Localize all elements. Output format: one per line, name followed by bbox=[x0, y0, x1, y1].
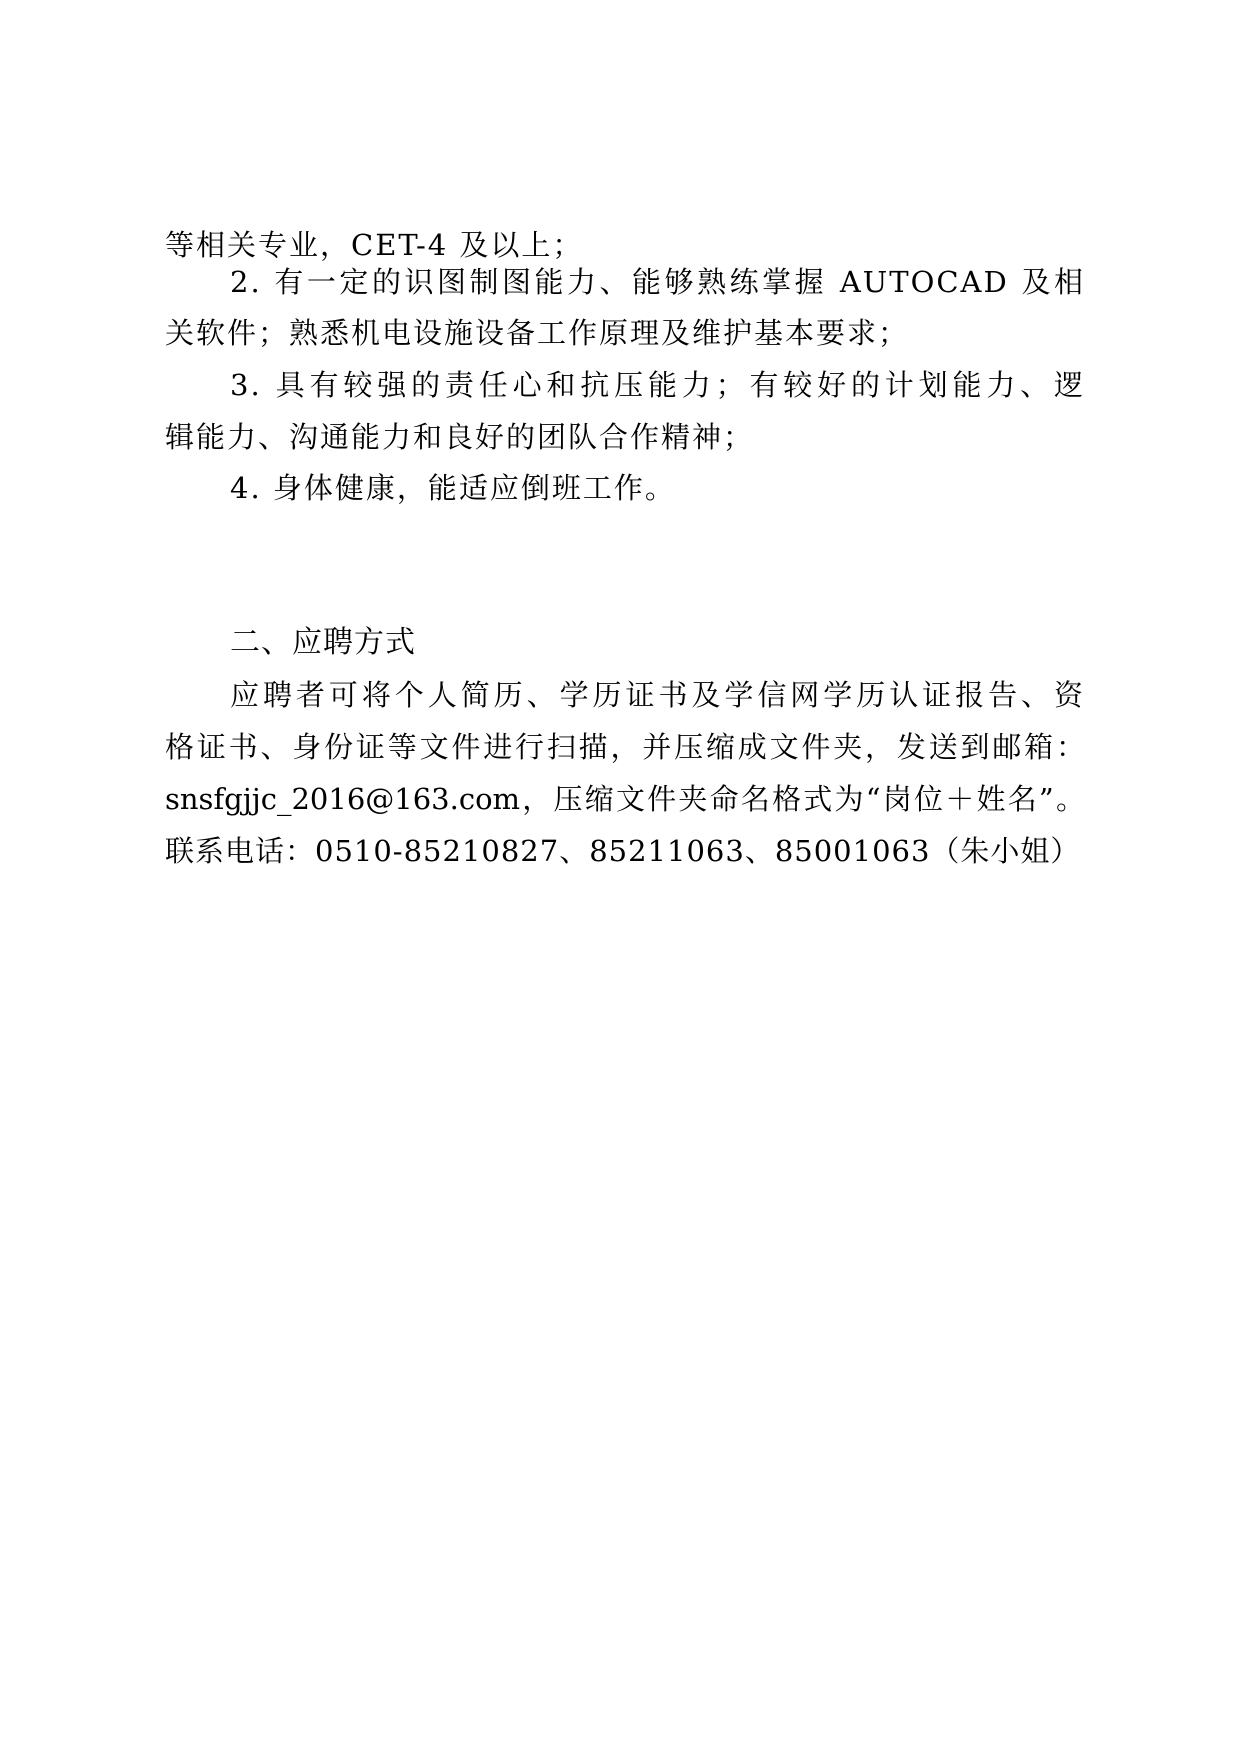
contact-phone-line: 联系电话：0510-85210827、85211063、85001063（朱小姐… bbox=[165, 831, 1085, 871]
requirement-item-2-line1: 2. 有一定的识图制图能力、能够熟练掌握 AUTOCAD 及相 bbox=[230, 262, 1085, 302]
document-page: 等相关专业，CET-4 及以上； 2. 有一定的识图制图能力、能够熟练掌握 AU… bbox=[0, 0, 1241, 1754]
application-email-line: snsfgjjc_2016@163.com，压缩文件夹命名格式为“岗位＋姓名”。 bbox=[165, 779, 1085, 819]
requirement-item-3-line1: 3. 具有较强的责任心和抗压能力；有较好的计划能力、逻 bbox=[230, 365, 1085, 405]
section-heading-application-method: 二、应聘方式 bbox=[230, 623, 1150, 663]
application-paragraph-line2: 格证书、身份证等文件进行扫描，并压缩成文件夹，发送到邮箱： bbox=[165, 727, 1085, 767]
requirement-item-2-line2: 关软件；熟悉机电设施设备工作原理及维护基本要求； bbox=[165, 313, 885, 353]
requirement-item-4: 4. 身体健康，能适应倒班工作。 bbox=[230, 468, 1150, 508]
requirement-item-3-line2: 辑能力、沟通能力和良好的团队合作精神； bbox=[165, 417, 725, 457]
requirement-continuation: 等相关专业，CET-4 及以上； bbox=[165, 225, 515, 265]
application-paragraph-line1: 应聘者可将个人简历、学历证书及学信网学历认证报告、资 bbox=[230, 675, 1085, 715]
